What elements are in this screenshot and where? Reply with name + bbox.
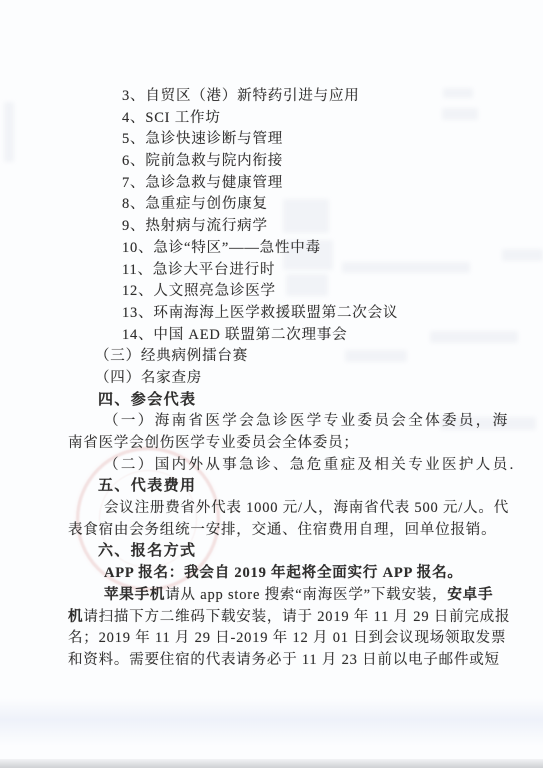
text-line: 五、代表费用 — [98, 476, 507, 498]
text-segment: （四）名家查房 — [95, 370, 202, 386]
scan-shadow-band — [0, 698, 543, 746]
text-segment: 3、自贸区（港）新特药引进与应用 — [122, 88, 360, 104]
bleed-through-artifact — [4, 102, 14, 162]
text-segment: 名；2019 年 11 月 29 日-2019 年 12 月 01 日到会议现场… — [68, 630, 506, 646]
text-segment: 9、热射病与流行病学 — [122, 218, 268, 234]
text-line: （二）国内外从事急诊、急危重症及相关专业医护人员. — [104, 455, 507, 477]
text-line: 9、热射病与流行病学 — [122, 216, 507, 238]
scanned-document-page: 3、自贸区（港）新特药引进与应用4、SCI 工作坊5、急诊快速诊断与管理6、院前… — [0, 0, 543, 768]
text-segment: 13、环南海海上医学救援联盟第二次会议 — [122, 305, 398, 321]
text-line: 和资料。需要住宿的代表请务必于 11 月 23 日前以电子邮件或短 — [68, 650, 507, 672]
text-segment: 六、报名方式 — [98, 543, 196, 559]
text-segment: 4、SCI 工作坊 — [122, 110, 221, 126]
text-line: 四、参会代表 — [98, 390, 507, 412]
text-line: 6、院前急救与院内衔接 — [122, 151, 507, 173]
text-line: 10、急诊“特区”——急性中毒 — [122, 238, 507, 260]
text-segment: 6、院前急救与院内衔接 — [122, 153, 283, 169]
text-segment: 请从 app store 搜索“南海医学”下载安装， — [165, 587, 447, 603]
text-line: 12、人文照亮急诊医学 — [122, 281, 507, 303]
text-segment: 11、急诊大平台进行时 — [122, 262, 275, 278]
text-segment: 10、急诊“特区”——急性中毒 — [122, 240, 321, 256]
text-segment: （二）国内外从事急诊、急危重症及相关专业医护人员. — [104, 457, 516, 473]
text-line: 13、环南海海上医学救援联盟第二次会议 — [122, 303, 507, 325]
scan-bottom-edge — [0, 759, 543, 768]
text-line: 机请扫描下方二维码下载安装，请于 2019 年 11 月 29 日前完成报 — [68, 607, 507, 629]
text-segment: 四、参会代表 — [98, 392, 196, 408]
text-segment: 机 — [68, 609, 83, 625]
text-line: 六、报名方式 — [98, 541, 507, 563]
text-segment: 请扫描下方二维码下载安装，请于 2019 年 11 月 29 日前完成报 — [83, 609, 510, 625]
text-segment: APP 报名：我会自 2019 年起将全面实行 APP 报名。 — [104, 565, 463, 581]
text-line: 苹果手机请从 app store 搜索“南海医学”下载安装，安卓手 — [104, 585, 507, 607]
text-line: 14、中国 AED 联盟第二次理事会 — [122, 325, 507, 347]
text-segment: 安卓手 — [447, 587, 493, 603]
text-line: 3、自贸区（港）新特药引进与应用 — [122, 86, 507, 108]
document-body: 3、自贸区（港）新特药引进与应用4、SCI 工作坊5、急诊快速诊断与管理6、院前… — [68, 86, 507, 672]
text-segment: 表食宿由会务组统一安排，交通、住宿费用自理，回单位报销。 — [68, 522, 496, 538]
text-segment: 8、急重症与创伤康复 — [122, 196, 268, 212]
text-segment: 14、中国 AED 联盟第二次理事会 — [122, 327, 347, 343]
text-segment: 和资料。需要住宿的代表请务必于 11 月 23 日前以电子邮件或短 — [68, 652, 500, 668]
text-segment: 5、急诊快速诊断与管理 — [122, 131, 283, 147]
text-segment: 南省医学会创伤医学专业委员会全体委员； — [68, 435, 359, 451]
text-line: 会议注册费省外代表 1000 元/人，海南省代表 500 元/人。代 — [104, 498, 507, 520]
text-line: 表食宿由会务组统一安排，交通、住宿费用自理，回单位报销。 — [68, 520, 507, 542]
bleed-through-artifact — [502, 249, 543, 261]
text-line: （三）经典病例擂台赛 — [95, 346, 507, 368]
text-segment: 苹果手机 — [104, 587, 165, 603]
text-segment: 12、人文照亮急诊医学 — [122, 283, 276, 299]
text-line: 5、急诊快速诊断与管理 — [122, 129, 507, 151]
text-line: APP 报名：我会自 2019 年起将全面实行 APP 报名。 — [104, 563, 507, 585]
text-segment: 7、急诊急救与健康管理 — [122, 175, 283, 191]
text-segment: （三）经典病例擂台赛 — [95, 348, 248, 364]
text-segment: 五、代表费用 — [98, 478, 196, 494]
text-line: （四）名家查房 — [95, 368, 507, 390]
text-segment: 会议注册费省外代表 1000 元/人，海南省代表 500 元/人。代 — [104, 500, 509, 516]
text-line: 名；2019 年 11 月 29 日-2019 年 12 月 01 日到会议现场… — [68, 628, 507, 650]
text-line: （一）海南省医学会急诊医学专业委员会全体委员，海 — [104, 411, 507, 433]
text-line: 7、急诊急救与健康管理 — [122, 173, 507, 195]
text-line: 8、急重症与创伤康复 — [122, 194, 507, 216]
text-line: 南省医学会创伤医学专业委员会全体委员； — [68, 433, 507, 455]
text-line: 11、急诊大平台进行时 — [122, 260, 507, 282]
text-segment: （一）海南省医学会急诊医学专业委员会全体委员，海 — [104, 413, 510, 429]
text-line: 4、SCI 工作坊 — [122, 108, 507, 130]
